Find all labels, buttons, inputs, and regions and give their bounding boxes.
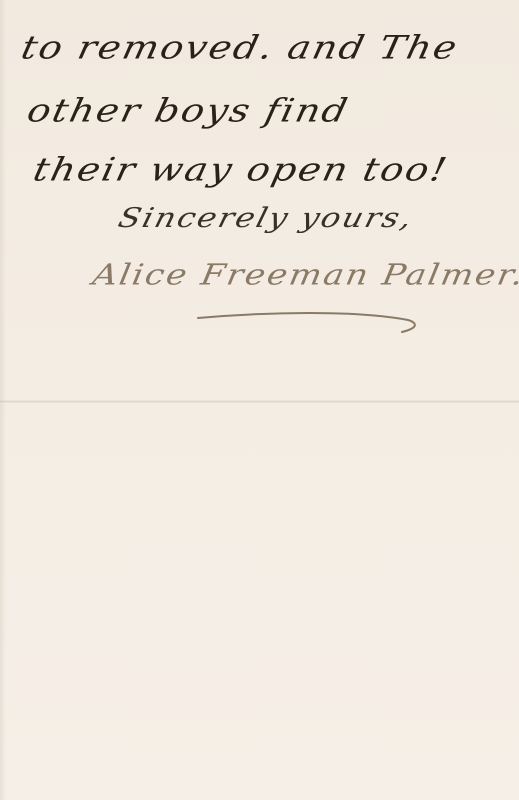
letter-line-3: their way open too!	[30, 151, 452, 188]
letter-line-1: to removed. and The	[18, 29, 462, 66]
signature: Alice Freeman Palmer.	[90, 258, 519, 292]
letter-page: to removed. and The other boys find thei…	[0, 0, 519, 800]
letter-closing: Sincerely yours,	[115, 202, 417, 234]
signature-underline-flourish	[196, 306, 426, 336]
paper-fold-crease	[0, 400, 519, 403]
letter-line-2: other boys find	[24, 92, 353, 129]
